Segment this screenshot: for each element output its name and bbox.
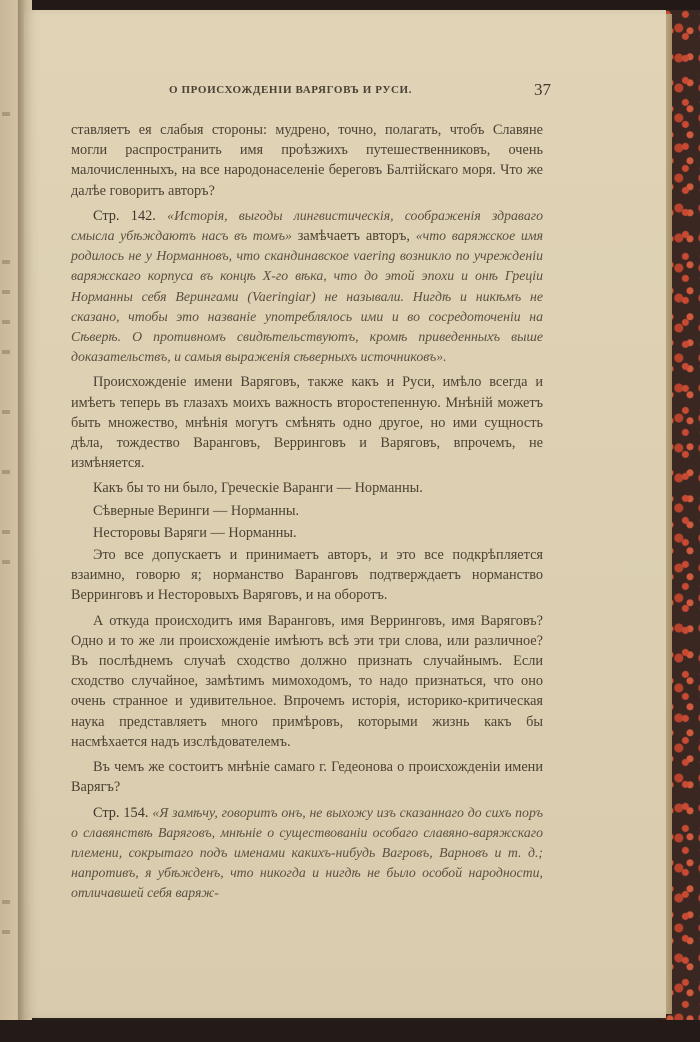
- paragraph-quote-154: Стр. 154. «Я замѣчу, говоритъ онъ, не вы…: [71, 803, 543, 904]
- bleed-through-mark: [2, 112, 10, 116]
- book-binding-bottom: [0, 1020, 700, 1042]
- paragraph: ставляетъ ея слабыя стороны: мудрено, то…: [71, 120, 543, 201]
- bleed-through-mark: [2, 320, 10, 324]
- bleed-through-mark: [2, 410, 10, 414]
- paragraph-quote-142: Стр. 142. «Исторія, выгоды лингвистическ…: [71, 206, 543, 368]
- paragraph: Сѣверные Веринги — Норманны.: [71, 501, 543, 521]
- bleed-through-mark: [2, 470, 10, 474]
- book-binding-top: [0, 0, 700, 10]
- page-number: 37: [534, 80, 551, 100]
- paragraph: Въ чемъ же состоитъ мнѣніе самаго г. Гед…: [71, 757, 543, 797]
- page-reference: Стр. 142.: [93, 208, 156, 224]
- book-page: О ПРОИСХОЖДЕНІИ ВАРЯГОВЪ И РУСИ. 37 став…: [24, 10, 666, 1018]
- bleed-through-mark: [2, 290, 10, 294]
- bleed-through-mark: [2, 530, 10, 534]
- quotation: «что варяжское имя родилось не у Норманн…: [71, 228, 543, 364]
- page-reference: Стр. 154.: [93, 805, 148, 821]
- bleed-through-mark: [2, 930, 10, 934]
- paragraph: А откуда происходитъ имя Варанговъ, имя …: [71, 611, 543, 752]
- running-head: О ПРОИСХОЖДЕНІИ ВАРЯГОВЪ И РУСИ. 37: [24, 80, 666, 102]
- bleed-through-mark: [2, 560, 10, 564]
- bleed-through-mark: [2, 350, 10, 354]
- body-text: ставляетъ ея слабыя стороны: мудрено, то…: [71, 120, 543, 909]
- paragraph: Какъ бы то ни было, Греческіе Варанги — …: [71, 478, 543, 498]
- attribution: замѣчаетъ авторъ,: [292, 228, 416, 244]
- paragraph: Это все допускаетъ и принимаетъ авторъ, …: [71, 545, 543, 606]
- paragraph: Происхожденіе имени Варяговъ, также какъ…: [71, 372, 543, 473]
- bleed-through-mark: [2, 900, 10, 904]
- running-title: О ПРОИСХОЖДЕНІИ ВАРЯГОВЪ И РУСИ.: [169, 84, 412, 96]
- paragraph: Несторовы Варяги — Норманны.: [71, 523, 543, 543]
- bleed-through-mark: [2, 260, 10, 264]
